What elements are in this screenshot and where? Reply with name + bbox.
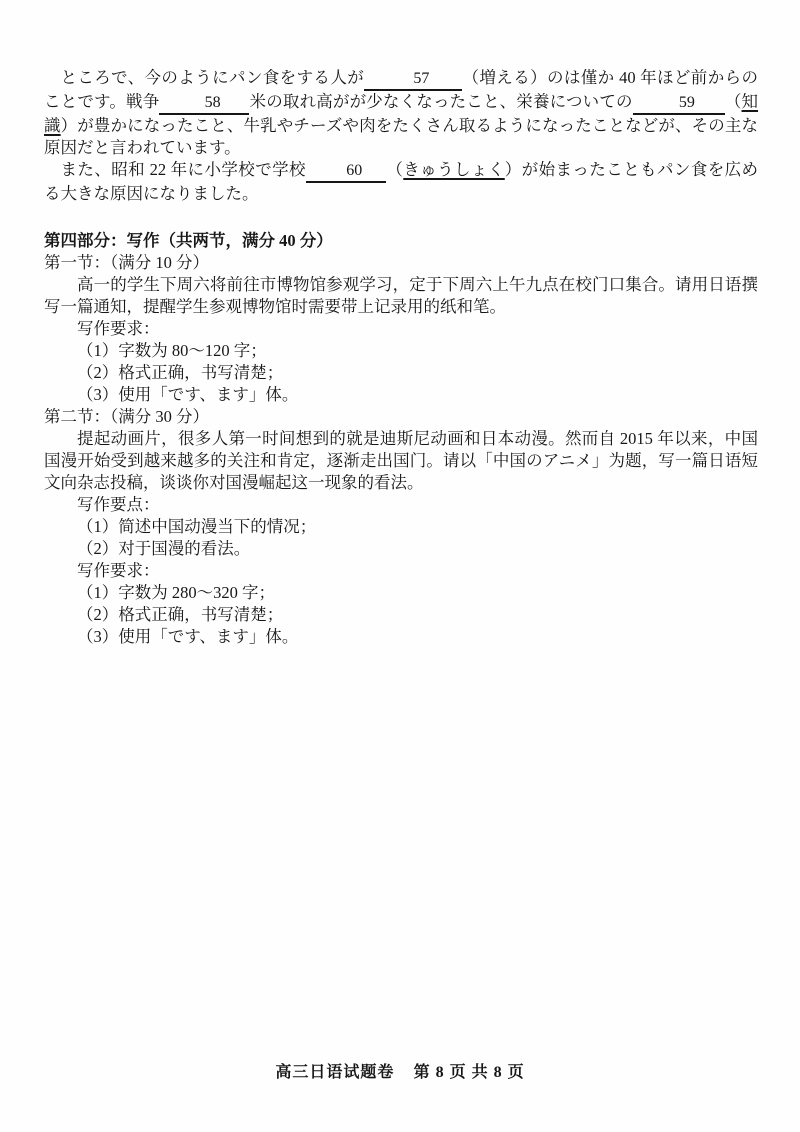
requirement-item: （3）使用「です、ます」体。 — [77, 626, 758, 648]
requirement-item: （1）字数为 80～120 字； — [77, 340, 758, 362]
point-item: （1）简述中国动漫当下的情况； — [77, 516, 758, 538]
section1-title: 第一节：（满分 10 分） — [44, 252, 758, 274]
blank-number: 60 — [346, 162, 362, 179]
blank-number: 59 — [679, 94, 695, 111]
blank-number: 57 — [413, 70, 429, 87]
exam-paper-page: ところで、今のようにパン食をする人が57（増える）のは僅か 40 年ほど前からの… — [0, 0, 800, 1132]
point-item: （2）对于国漫的看法。 — [77, 538, 758, 560]
cloze-paragraph-2: また、昭和 22 年に小学校で学校60（きゅうしょく）が始まったこともパン食を広… — [44, 159, 758, 205]
section2-requirements-label: 写作要求： — [77, 560, 758, 582]
section1-requirements-label: 写作要求： — [77, 318, 758, 340]
section1-prompt: 高一的学生下周六将前往市博物馆参观学习，定于下周六上午九点在校门口集合。请用日语… — [44, 274, 758, 318]
passage-text: （ — [725, 92, 742, 111]
section2-prompt: 提起动画片，很多人第一时间想到的就是迪斯尼动画和日本动漫。然而自 2015 年以… — [44, 428, 758, 494]
section2-points-label: 写作要点： — [77, 494, 758, 516]
requirement-item: （2）格式正确，书写清楚； — [77, 604, 758, 626]
footer-page-info: 第 8 页 共 8 页 — [414, 1064, 525, 1081]
section2-title: 第二节：（满分 30 分） — [44, 406, 758, 428]
requirement-item: （3）使用「です、ます」体。 — [77, 384, 758, 406]
part4-heading: 第四部分：写作（共两节，满分 40 分） — [44, 230, 758, 252]
page-content: ところで、今のようにパン食をする人が57（増える）のは僅か 40 年ほど前からの… — [44, 67, 758, 648]
fill-in-blank-59: 59 — [633, 93, 725, 115]
requirement-item: （2）格式正确，书写清楚； — [77, 362, 758, 384]
page-footer: 高三日语试题卷第 8 页 共 8 页 — [0, 1062, 800, 1084]
footer-doc-title: 高三日语试题卷 — [275, 1064, 394, 1081]
blank-number: 58 — [205, 94, 221, 111]
fill-in-blank-58: 58 — [159, 93, 249, 115]
cloze-paragraph-1: ところで、今のようにパン食をする人が57（増える）のは僅か 40 年ほど前からの… — [44, 67, 758, 159]
passage-text: ところで、今のようにパン食をする人が — [61, 68, 365, 87]
fill-in-blank-57: 57 — [364, 69, 462, 91]
passage-text: ）が豊かになったこと、牛乳やチーズや肉をたくさん取るようになったことなどが、その… — [44, 116, 758, 157]
underlined-word: きゅうしょく — [403, 160, 504, 179]
passage-text: （ — [386, 160, 403, 179]
passage-text: また、昭和 22 年に小学校で学校 — [61, 160, 306, 179]
requirement-item: （1）字数为 280～320 字； — [77, 582, 758, 604]
fill-in-blank-60: 60 — [306, 161, 386, 183]
passage-text: 米の取れ高がが少なくなったこと、栄養についての — [249, 92, 632, 111]
